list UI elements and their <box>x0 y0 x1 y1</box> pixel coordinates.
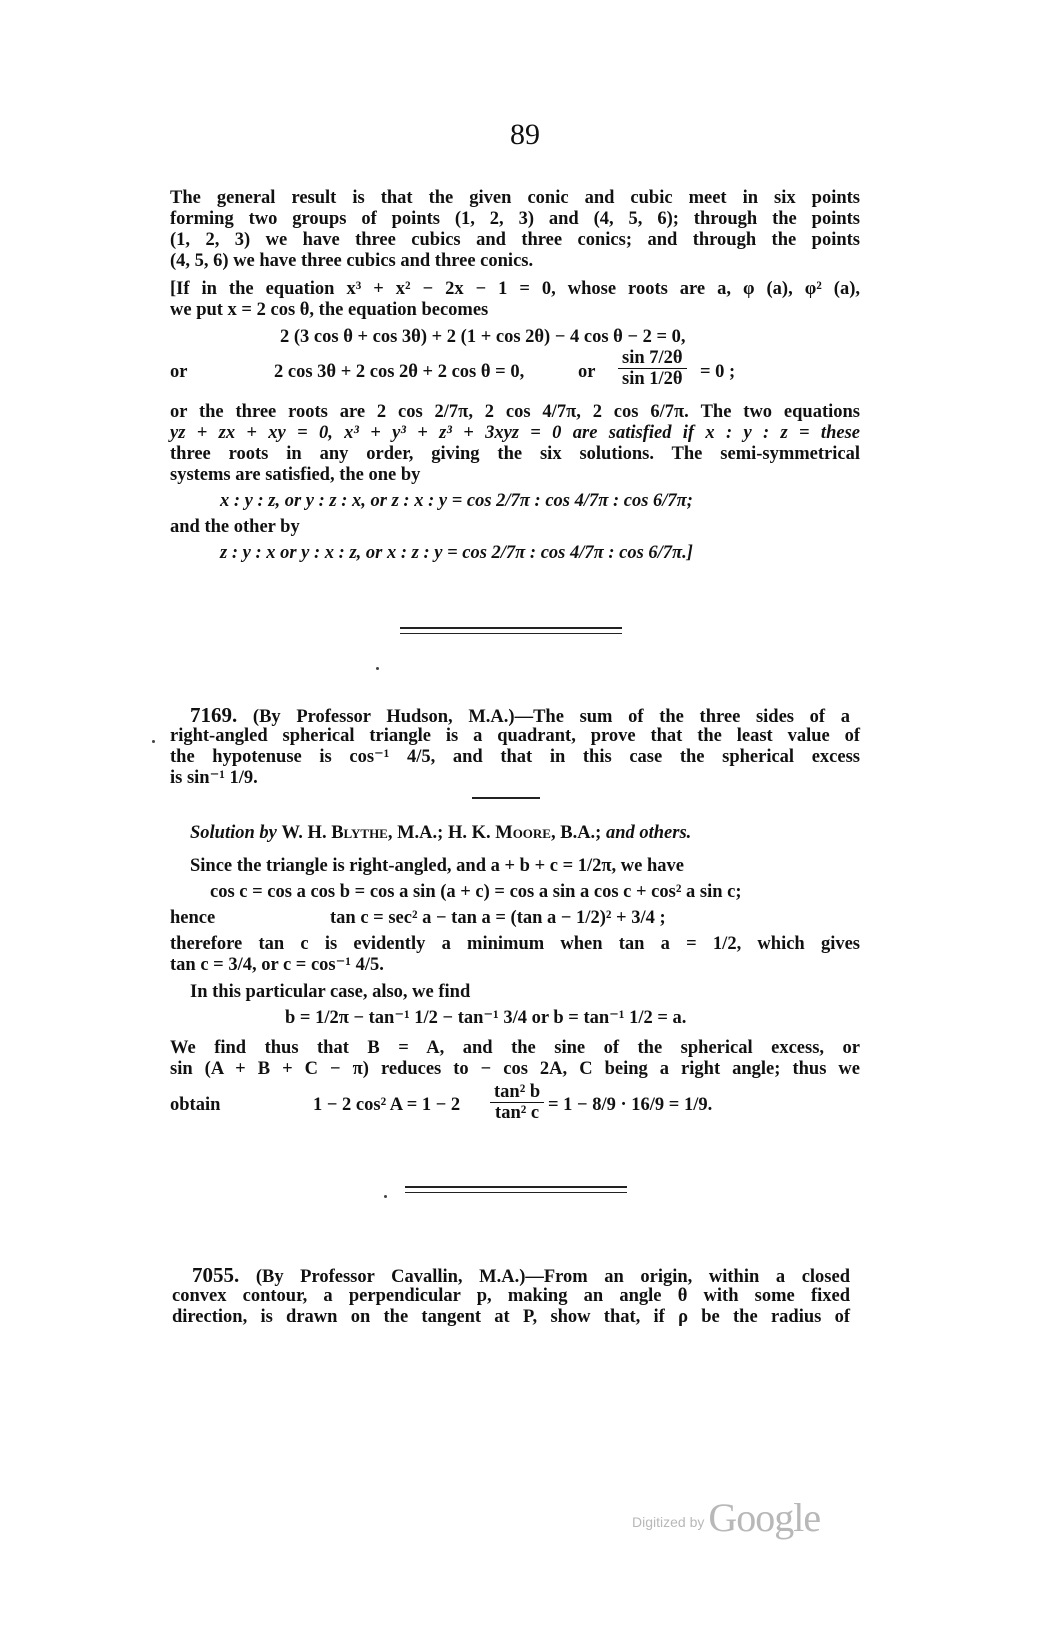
solution-equation: cos c = cos a cos b = cos a sin (a + c) … <box>210 882 742 903</box>
question-header: 7169. (By Professor Hudson, M.A.)—The su… <box>190 705 850 728</box>
solution-line: tan c = 3/4, or c = cos⁻¹ 4/5. <box>170 955 860 976</box>
solution-equation: tan c = sec² a − tan a = (tan a − 1/2)² … <box>330 908 666 929</box>
paragraph-line: [If in the equation x³ + x² − 2x − 1 = 0… <box>170 279 860 300</box>
equation: x : y : z, or y : z : x, or z : x : y = … <box>220 491 693 512</box>
question-line: convex contour, a perpendicular p, makin… <box>172 1286 850 1307</box>
watermark-prefix: Digitized by <box>632 1514 704 1530</box>
fraction-numerator: tan² b <box>490 1082 544 1103</box>
solution-prefix: Solution by <box>190 823 277 843</box>
final-equation-left: 1 − 2 cos² A = 1 − 2 <box>313 1095 460 1116</box>
fraction-denominator: tan² c <box>490 1103 544 1123</box>
paragraph-line: we put x = 2 cos θ, the equation becomes <box>170 300 860 321</box>
solution-line: Since the triangle is right-angled, and … <box>190 856 684 877</box>
solution-suffix: and others. <box>606 823 691 843</box>
solution-line: sin (A + B + C − π) reduces to − cos 2A,… <box>170 1059 860 1080</box>
fraction-denominator: sin 1/2θ <box>618 369 687 389</box>
fraction-numerator: sin 7/2θ <box>618 348 687 369</box>
equation-tail: = 0 ; <box>700 362 735 383</box>
label-or: or <box>578 362 595 383</box>
label-or: or <box>170 362 187 383</box>
equation: z : y : x or y : x : z, or x : z : y = c… <box>220 543 693 564</box>
paragraph-line: and the other by <box>170 517 860 538</box>
page-number: 89 <box>0 118 1050 152</box>
solution-equation: b = 1/2π − tan⁻¹ 1/2 − tan⁻¹ 3/4 or b = … <box>285 1008 686 1029</box>
paragraph-line: forming two groups of points (1, 2, 3) a… <box>170 209 860 230</box>
solution-line: In this particular case, also, we find <box>190 982 470 1003</box>
final-fraction: tan² b tan² c <box>490 1082 544 1123</box>
solution-attribution: Solution by W. H. Blythe, M.A.; H. K. Mo… <box>190 823 691 844</box>
question-number: 7055. <box>192 1263 239 1287</box>
print-speck <box>152 740 155 743</box>
question-line: direction, is drawn on the tangent at P,… <box>172 1307 850 1328</box>
section-divider <box>400 627 622 629</box>
google-logo: Google <box>708 1495 820 1540</box>
label-hence: hence <box>170 908 215 929</box>
equation: 2 (3 cos θ + cos 3θ) + 2 (1 + cos 2θ) − … <box>280 327 686 348</box>
paragraph-line: or the three roots are 2 cos 2/7π, 2 cos… <box>170 402 860 423</box>
solution-authors: W. H. Blythe, M.A.; H. K. Moore, B.A.; <box>282 823 602 843</box>
question-line: the hypotenuse is cos⁻¹ 4/5, and that in… <box>170 747 860 768</box>
question-text: (By Professor Hudson, M.A.)—The sum of t… <box>253 707 850 727</box>
question-line: is sin⁻¹ 1/9. <box>170 768 860 789</box>
short-divider <box>472 797 540 799</box>
paragraph-line: (1, 2, 3) we have three cubics and three… <box>170 230 860 251</box>
question-header: 7055. (By Professor Cavallin, M.A.)—From… <box>192 1265 850 1288</box>
paragraph-line: (4, 5, 6) we have three cubics and three… <box>170 251 860 272</box>
label-obtain: obtain <box>170 1095 220 1116</box>
question-number: 7169. <box>190 703 237 727</box>
paragraph-line: The general result is that the given con… <box>170 188 860 209</box>
solution-line: We find thus that B = A, and the sine of… <box>170 1038 860 1059</box>
solution-line: therefore tan c is evidently a minimum w… <box>170 934 860 955</box>
paragraph-line: systems are satisfied, the one by <box>170 465 860 486</box>
google-watermark: Digitized by Google <box>632 1494 820 1541</box>
question-line: right-angled spherical triangle is a qua… <box>170 726 860 747</box>
paragraph-line: three roots in any order, giving the six… <box>170 444 860 465</box>
section-divider <box>405 1192 627 1193</box>
final-equation-right: = 1 − 8/9 · 16/9 = 1/9. <box>548 1095 712 1116</box>
print-speck <box>376 667 379 670</box>
section-divider <box>405 1186 627 1188</box>
fraction: sin 7/2θ sin 1/2θ <box>618 348 687 389</box>
paragraph-line: yz + zx + xy = 0, x³ + y³ + z³ + 3xyz = … <box>170 423 860 444</box>
equation: 2 cos 3θ + 2 cos 2θ + 2 cos θ = 0, <box>274 362 524 383</box>
print-speck <box>384 1195 387 1198</box>
question-text: (By Professor Cavallin, M.A.)—From an or… <box>256 1267 850 1287</box>
section-divider <box>400 633 622 634</box>
